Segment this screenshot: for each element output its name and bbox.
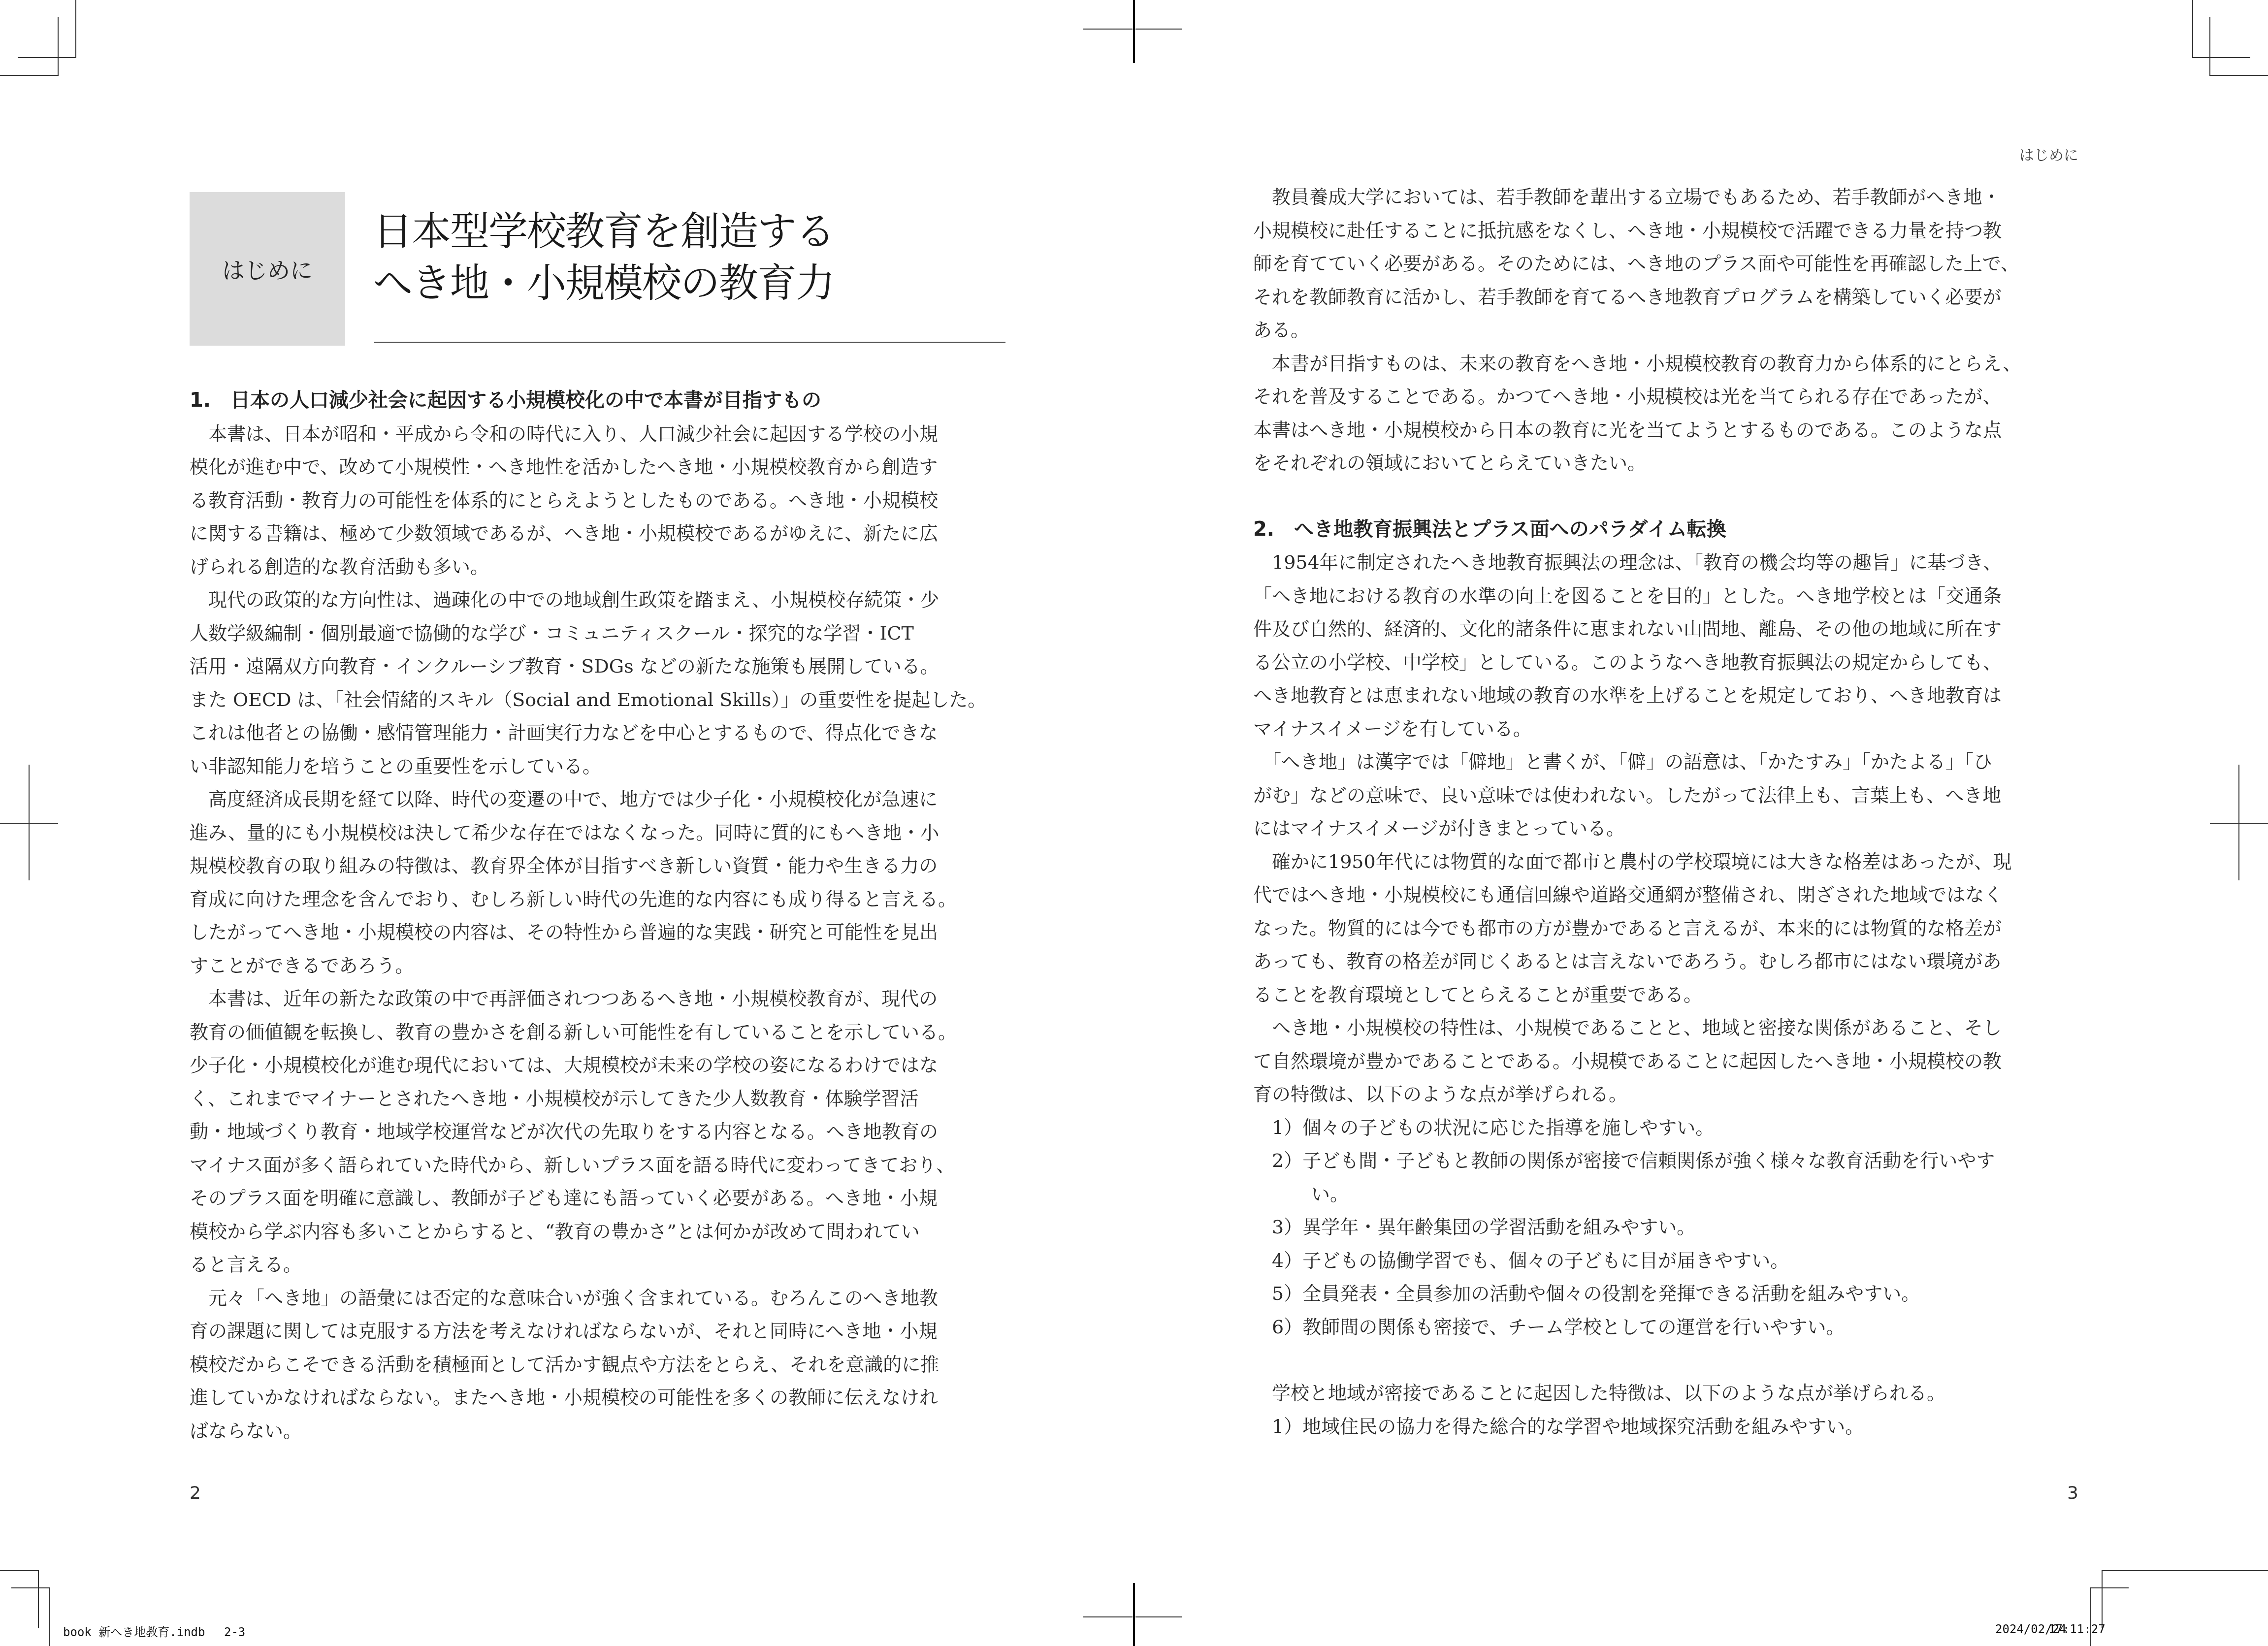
body-text-line: 模化が進む中で、改めて小規模性・へき地性を活かしたへき地・小規模校教育から創造す [190,451,1022,484]
list-item: 1）地域住民の協力を得た総合的な学習や地域探究活動を組みやすい。 [1253,1410,2085,1444]
body-text-line: 少子化・小規模校化が進む現代においては、大規模校が未来の学校の姿になるわけではな [190,1049,1022,1082]
right-body: 教員養成大学においては、若手教師を輩出する立場でもあるため、若手教師がへき地・小… [1253,181,2085,1443]
body-text-line: 動・地域づくり教育・地域学校運営などが次代の先取りをする内容となる。へき地教育の [190,1115,1022,1149]
body-text-line: 教員養成大学においては、若手教師を輩出する立場でもあるため、若手教師がへき地・ [1253,181,2085,214]
body-text-line: 本書は、日本が昭和・平成から令和の時代に入り、人口減少社会に起因する学校の小規 [190,418,1022,451]
body-text-line: ると言える。 [190,1248,1022,1282]
small-scale-features-list: 1）個々の子どもの状況に応じた指導を施しやすい。2）子ども間・子どもと教師の関係… [1253,1111,2085,1344]
chapter-title-line-2: へき地・小規模校の教育力 [373,251,834,308]
title-divider [374,342,1005,343]
body-text-line: 育の特徴は、以下のような点が挙げられる。 [1253,1078,2085,1111]
section-heading-1: 1. 日本の人口減少社会に起因する小規模校化の中で本書が目指すもの [190,384,1022,418]
body-text-line: い非認知能力を培うことの重要性を示している。 [190,750,1022,783]
body-text-line: 育の課題に関しては克服する方法を考えなければならないが、それと同時にへき地・小規 [190,1315,1022,1348]
list-item: 1）個々の子どもの状況に応じた指導を施しやすい。 [1253,1111,2085,1145]
body-text-line: 本書はへき地・小規模校から日本の教育に光を当てようとするものである。このような点 [1253,414,2085,447]
body-text-line: がむ」などの意味で、良い意味では使われない。したがって法律上も、言葉上も、へき地 [1253,779,2085,812]
body-text-line: をそれぞれの領域においてとらえていきたい。 [1253,447,2085,480]
body-text-line: る教育活動・教育力の可能性を体系的にとらえようとしたものである。へき地・小規模校 [190,484,1022,517]
body-text-line: へき地・小規模校の特性は、小規模であることと、地域と密接な関係があること、そし [1253,1011,2085,1045]
body-text-line: そのプラス面を明確に意識し、教師が子ども達にも語っていく必要がある。へき地・小規 [190,1182,1022,1215]
body-text-line: したがってへき地・小規模校の内容は、その特性から普遍的な実践・研究と可能性を見出 [190,916,1022,949]
body-text-line: あっても、教育の格差が同じくあるとは言えないであろう。むしろ都市にはない環境があ [1253,945,2085,978]
page-number-right: 3 [2067,1483,2078,1503]
body-text-line: 代ではへき地・小規模校にも通信回線や道路交通網が整備され、閉ざされた地域ではなく [1253,878,2085,912]
section-2-body: 1954年に制定されたへき地教育振興法の理念は、「教育の機会均等の趣旨」に基づき… [1253,546,2085,1111]
community-features-list: 1）地域住民の協力を得た総合的な学習や地域探究活動を組みやすい。 [1253,1410,2085,1444]
body-text-line: 1954年に制定されたへき地教育振興法の理念は、「教育の機会均等の趣旨」に基づき… [1253,546,2085,580]
body-text-line: マイナスイメージを有している。 [1253,712,2085,746]
body-text-line: る公立の小学校、中学校」としている。このようなへき地教育振興法の規定からしても、 [1253,646,2085,679]
left-page: はじめに 日本型学校教育を創造する へき地・小規模校の教育力 川前あゆみ 1. … [0,0,1134,1646]
body-text-line: 高度経済成長期を経て以降、時代の変遷の中で、地方では少子化・小規模校化が急速に [190,783,1022,816]
chapter-label: はじめに [222,253,313,285]
body-text-line: 人数学級編制・個別最適で協働的な学び・コミュニティスクール・探究的な学習・ICT [190,617,1022,650]
body-text-line: ることを教育環境としてとらえることが重要である。 [1253,978,2085,1012]
list-item: 3）異学年・異年齢集団の学習活動を組みやすい。 [1253,1211,2085,1244]
body-text-line: それを教師教育に活かし、若手教師を育てるへき地教育プログラムを構築していく必要が [1253,281,2085,314]
body-text-line: 育成に向けた理念を含んでおり、むしろ新しい時代の先進的な内容にも成り得ると言える… [190,883,1022,916]
list-item: 5）全員発表・全員参加の活動や個々の役割を発揮できる活動を組みやすい。 [1253,1277,2085,1311]
body-text-line: すことができるであろう。 [190,949,1022,983]
body-text-line: 本書が目指すものは、未来の教育をへき地・小規模校教育の教育力から体系的にとらえ、 [1253,347,2085,381]
list-item: 6）教師間の関係も密接で、チーム学校としての運営を行いやすい。 [1253,1311,2085,1344]
body-text-line: 現代の政策的な方向性は、過疎化の中での地域創生政策を踏まえ、小規模校存続策・少 [190,583,1022,617]
body-text-line: また OECD は、「社会情緒的スキル（Social and Emotional… [190,683,1022,717]
list-item: 4）子どもの協働学習でも、個々の子どもに目が届きやすい。 [1253,1244,2085,1278]
body-text-line: ばならない。 [190,1415,1022,1448]
chapter-title-line-1: 日本型学校教育を創造する [373,199,834,256]
body-text-line: 件及び自然的、経済的、文化的諸条件に恵まれない山間地、離島、その他の地域に所在す [1253,613,2085,646]
left-body: 1. 日本の人口減少社会に起因する小規模校化の中で本書が目指すもの 本書は、日本… [190,384,1022,1448]
body-text-line: それを普及することである。かつてへき地・小規模校は光を当てられる存在であったが、 [1253,380,2085,414]
running-head: はじめに [2019,143,2078,164]
section-1-body: 本書は、日本が昭和・平成から令和の時代に入り、人口減少社会に起因する学校の小規模… [190,418,1022,1448]
chapter-label-box: はじめに [190,192,345,346]
body-text-line: く、これまでマイナーとされたへき地・小規模校が示してきた少人数教育・体験学習活 [190,1082,1022,1116]
body-text-line: 元々「へき地」の語彙には否定的な意味合いが強く含まれている。むろんこのへき地教 [190,1282,1022,1315]
body-text-line: げられる創造的な教育活動も多い。 [190,550,1022,584]
body-text-line: 模校から学ぶ内容も多いことからすると、“教育の豊かさ”とは何かが改めて問われてい [190,1215,1022,1249]
page-number-left: 2 [190,1483,201,1503]
body-text-line: 教育の価値観を転換し、教育の豊かさを創る新しい可能性を有していることを示している… [190,1016,1022,1049]
intro-continued-body: 教員養成大学においては、若手教師を輩出する立場でもあるため、若手教師がへき地・小… [1253,181,2085,480]
body-text-line: 本書は、近年の新たな政策の中で再評価されつつあるへき地・小規模校教育が、現代の [190,982,1022,1016]
slug-file-info: book 新へき地教育.indb 2-3 [63,1622,245,1640]
body-text-line: に関する書籍は、極めて少数領域であるが、へき地・小規模校であるがゆえに、新たに広 [190,517,1022,550]
body-text-line: マイナス面が多く語られていた時代から、新しいプラス面を語る時代に変わってきており… [190,1149,1022,1182]
body-text-line: 師を育てていく必要がある。そのためには、へき地のプラス面や可能性を再確認した上で… [1253,247,2085,281]
body-text-line: ある。 [1253,314,2085,347]
body-text-line: 模校だからこそできる活動を積極面として活かす観点や方法をとらえ、それを意識的に推 [190,1348,1022,1382]
body-text-line: 確かに1950年代には物質的な面で都市と農村の学校環境には大きな格差はあったが、… [1253,845,2085,879]
body-text-line: 進していかなければならない。またへき地・小規模校の可能性を多くの教師に伝えなけれ [190,1381,1022,1415]
body-text-line: 活用・遠隔双方向教育・インクルーシブ教育・SDGs などの新たな施策も展開してい… [190,650,1022,683]
section-heading-2: 2. へき地教育振興法とプラス面へのパラダイム転換 [1253,513,2085,547]
body-text-line: なった。物質的には今でも都市の方が豊かであると言えるが、本来的には物質的な格差が [1253,912,2085,945]
list-item: 2）子ども間・子どもと教師の関係が密接で信頼関係が強く様々な教育活動を行いやす … [1253,1144,2085,1211]
body-text-line: 「へき地」は漢字では「僻地」と書くが、「僻」の語意は、「かたすみ」「かたよる」「… [1253,745,2085,779]
body-text-line: て自然環境が豊かであることである。小規模であることに起因したへき地・小規模校の教 [1253,1045,2085,1078]
body-text-line: にはマイナスイメージが付きまとっている。 [1253,812,2085,845]
body-text-line: へき地教育とは恵まれない地域の教育の水準を上げることを規定しており、へき地教育は [1253,679,2085,712]
right-page: はじめに 教員養成大学においては、若手教師を輩出する立場でもあるため、若手教師が… [1134,0,2268,1646]
body-text-line: 規模校教育の取り組みの特徴は、教育界全体が目指すべき新しい資質・能力や生きる力の [190,849,1022,883]
body-text-line: これは他者との協働・感情管理能力・計画実行力などを中心とするもので、得点化できな [190,716,1022,750]
slug-time: 17:11:27 [2048,1622,2106,1636]
body-text-line: 進み、量的にも小規模校は決して希少な存在ではなくなった。同時に質的にもへき地・小 [190,816,1022,850]
body-text-line: 小規模校に赴任することに抵抗感をなくし、へき地・小規模校で活躍できる力量を持つ教 [1253,214,2085,248]
community-features-intro: 学校と地域が密接であることに起因した特徴は、以下のような点が挙げられる。 [1253,1377,2085,1410]
body-text-line: 「へき地における教育の水準の向上を図ることを目的」とした。へき地学校とは「交通条 [1253,580,2085,613]
